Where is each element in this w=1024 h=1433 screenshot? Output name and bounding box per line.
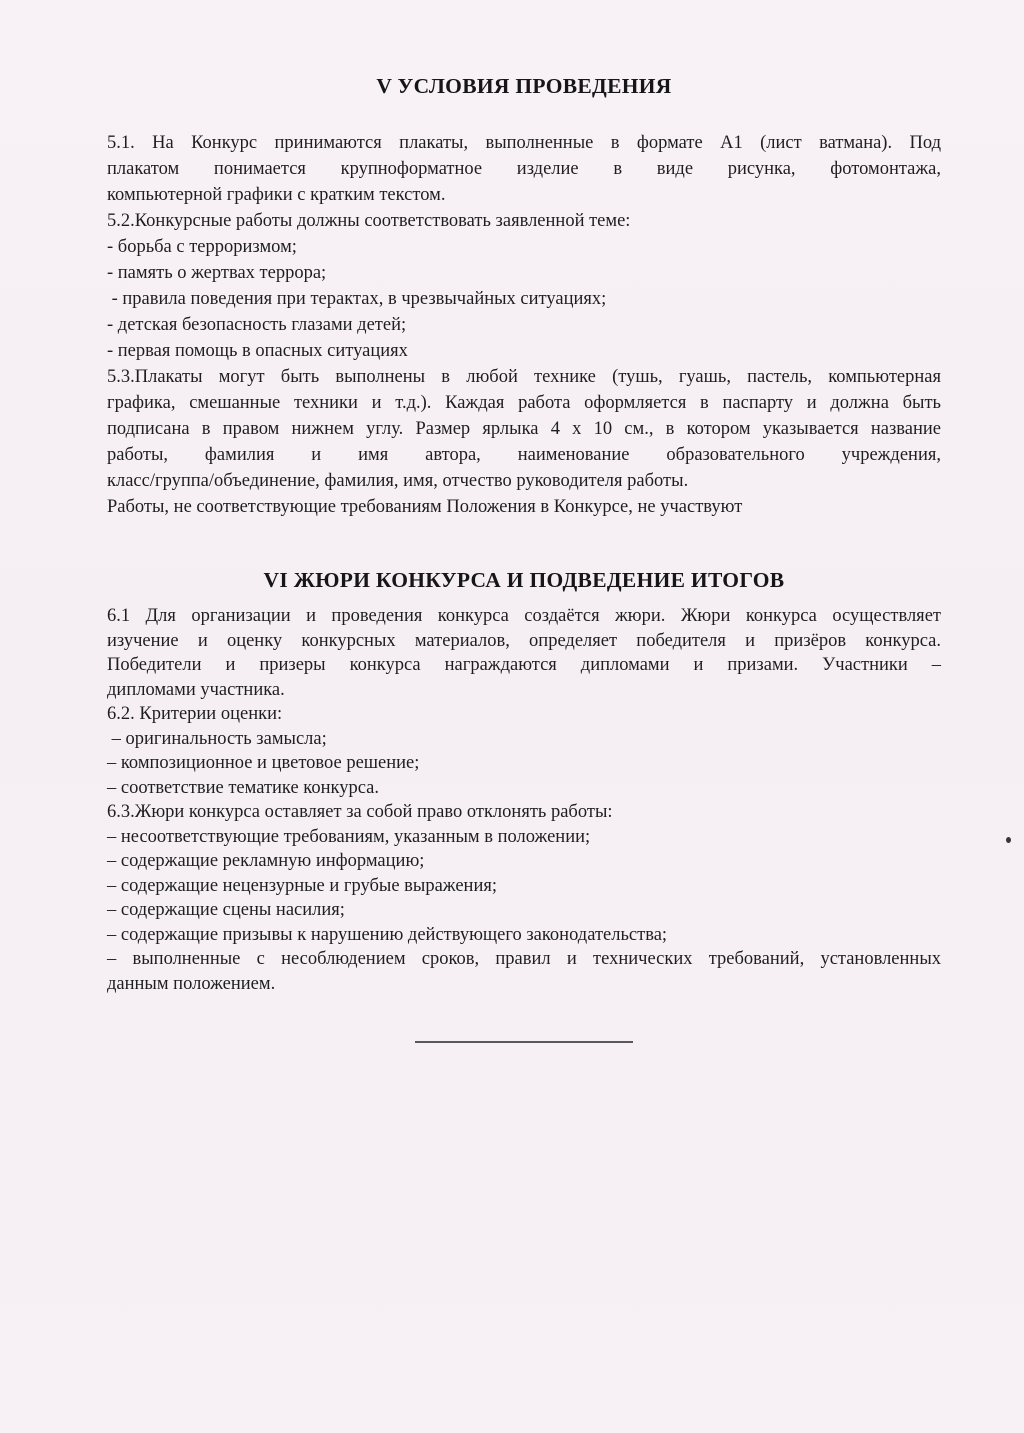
text-line: изучение и оценку конкурсных материалов,… xyxy=(107,629,941,654)
text-line: 6.1 Для организации и проведения конкурс… xyxy=(107,604,941,629)
ink-speck xyxy=(1006,837,1011,843)
list-item: – содержащие рекламную информацию; xyxy=(107,849,941,874)
text-line: подписана в правом нижнем углу. Размер я… xyxy=(107,416,941,442)
text-line: Работы, не соответствующие требованиям П… xyxy=(107,494,941,520)
text-line: графика, смешанные техники и т.д.). Кажд… xyxy=(107,390,941,416)
section-v-heading: V УСЛОВИЯ ПРОВЕДЕНИЯ xyxy=(107,72,941,100)
list-item: – соответствие тематике конкурса. xyxy=(107,776,941,801)
section-vi-body: 6.1 Для организации и проведения конкурс… xyxy=(107,604,941,996)
list-item: - правила поведения при терактах, в чрез… xyxy=(107,286,941,312)
text-line: Победители и призеры конкурса награждают… xyxy=(107,653,941,678)
document-content: V УСЛОВИЯ ПРОВЕДЕНИЯ 5.1. На Конкурс при… xyxy=(107,0,941,996)
divider-line xyxy=(415,1041,633,1043)
list-item: – композиционное и цветовое решение; xyxy=(107,751,941,776)
text-line: 5.1. На Конкурс принимаются плакаты, вып… xyxy=(107,130,941,156)
list-item: – содержащие призывы к нарушению действу… xyxy=(107,923,941,948)
list-item: - первая помощь в опасных ситуациях xyxy=(107,338,941,364)
section-vi-heading: VI ЖЮРИ КОНКУРСА И ПОДВЕДЕНИЕ ИТОГОВ xyxy=(107,566,941,594)
list-item: - память о жертвах террора; xyxy=(107,260,941,286)
text-line: 5.2.Конкурсные работы должны соответство… xyxy=(107,208,941,234)
text-line: 6.3.Жюри конкурса оставляет за собой пра… xyxy=(107,800,941,825)
text-line: работы, фамилия и имя автора, наименован… xyxy=(107,442,941,468)
list-item: – содержащие нецензурные и грубые выраже… xyxy=(107,874,941,899)
text-line: компьютерной графики с кратким текстом. xyxy=(107,182,941,208)
text-line: класс/группа/объединение, фамилия, имя, … xyxy=(107,468,941,494)
text-line: 6.2. Критерии оценки: xyxy=(107,702,941,727)
text-line: 5.3.Плакаты могут быть выполнены в любой… xyxy=(107,364,941,390)
section-v-body: 5.1. На Конкурс принимаются плакаты, вып… xyxy=(107,130,941,520)
list-item: – содержащие сцены насилия; xyxy=(107,898,941,923)
text-line: плакатом понимается крупноформатное изде… xyxy=(107,156,941,182)
document-page: V УСЛОВИЯ ПРОВЕДЕНИЯ 5.1. На Конкурс при… xyxy=(0,0,1024,1433)
list-item: - детская безопасность глазами детей; xyxy=(107,312,941,338)
list-item: – оригинальность замысла; xyxy=(107,727,941,752)
text-line: дипломами участника. xyxy=(107,678,941,703)
text-line: данным положением. xyxy=(107,972,941,997)
list-item: - борьба с терроризмом; xyxy=(107,234,941,260)
list-item: – несоответствующие требованиям, указанн… xyxy=(107,825,941,850)
list-item: – выполненные с несоблюдением сроков, пр… xyxy=(107,947,941,972)
